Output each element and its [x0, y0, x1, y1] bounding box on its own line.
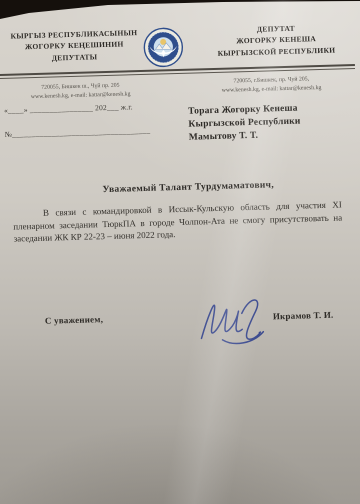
- letterhead-title-kyrgyz: КЫРГЫЗ РЕСПУБЛИКАСЫНЫН ЖОГОРКУ КЕҢЕШИНИН…: [0, 27, 149, 65]
- valediction-text: С уважением,: [45, 314, 103, 326]
- letter-photo-background: КЫРГЫЗ РЕСПУБЛИКАСЫНЫН ЖОГОРКУ КЕҢЕШИНИН…: [0, 0, 360, 504]
- signer-name: Икрамов Т. И.: [273, 310, 334, 322]
- signature-ink-icon: [194, 290, 274, 350]
- kyrgyz-emblem-icon: [143, 27, 184, 68]
- date-blank-line: «____» ________________ 202___ ж.г.: [4, 102, 133, 115]
- recipient-block: Торага Жогорку Кенеша Кыргызской Республ…: [188, 101, 349, 145]
- number-blank-line: №___________________________________: [5, 126, 151, 139]
- letter-paper: КЫРГЫЗ РЕСПУБЛИКАСЫНЫН ЖОГОРКУ КЕҢЕШИНИН…: [0, 0, 360, 504]
- letter-content: КЫРГЫЗ РЕСПУБЛИКАСЫНЫН ЖОГОРКУ КЕҢЕШИНИН…: [0, 0, 360, 504]
- letterhead-address-left: 720055, Бишкек ш., Чүй пр. 205 www.kenes…: [5, 81, 155, 103]
- salutation-line: Уважаемый Талант Турдумаматович,: [28, 178, 348, 197]
- letter-body-paragraph: В связи с командировкой в Иссык-Кульскую…: [13, 198, 343, 245]
- letterhead-address-right: 720055, г.Бишкек, пр. Чуй 205, www.kenes…: [195, 74, 347, 96]
- letterhead-title-russian: ДЕПУТАТ ЖОГОРКУ КЕНЕША КЫРГЫЗСКОЙ РЕСПУБ…: [202, 21, 351, 59]
